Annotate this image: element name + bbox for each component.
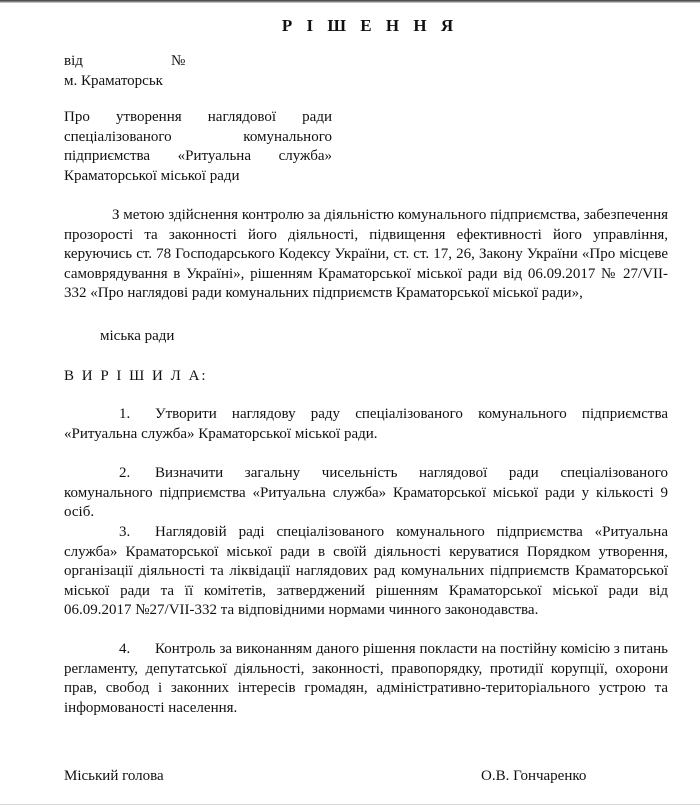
document-title: Р І Ш Е Н Н Я <box>64 16 672 36</box>
item-number: 3. <box>119 523 155 543</box>
resolution-item-3: 3.Наглядовій раді спеціалізованого комун… <box>64 523 668 621</box>
item-number: 4. <box>119 640 155 660</box>
city-line: м. Краматорськ <box>64 72 163 92</box>
item-number: 1. <box>119 405 155 425</box>
subject-line: Про утворення наглядової ради <box>64 109 332 125</box>
council-label: міська ради <box>100 327 174 347</box>
date-label: від <box>64 53 83 69</box>
resolution-item-2: 2.Визначити загальну чисельність наглядо… <box>64 464 668 523</box>
subject-line: підприємства «Ритуальна служба» <box>64 148 332 164</box>
resolution-item-4: 4.Контроль за виконанням даного рішення … <box>64 640 668 718</box>
date-number-line: від № <box>64 52 83 72</box>
item-text: Наглядовій раді спеціалізованого комунал… <box>64 524 668 618</box>
resolved-heading: В И Р І Ш И Л А: <box>64 367 208 387</box>
number-label: № <box>171 52 185 72</box>
signature-position: Міський голова <box>64 767 164 787</box>
resolution-item-1: 1.Утворити наглядову раду спеціалізовано… <box>64 405 668 444</box>
item-text: Контроль за виконанням даного рішення по… <box>64 641 668 716</box>
item-text: Визначити загальну чисельність наглядово… <box>64 465 668 520</box>
decision-subject: Про утворення наглядової ради спеціалізо… <box>64 108 332 186</box>
window-bottom-border <box>0 804 700 805</box>
window-top-border <box>0 0 700 3</box>
subject-line: спеціалізованого комунального <box>64 129 332 145</box>
preamble-paragraph: З метою здійснення контролю за діяльніст… <box>64 206 668 304</box>
subject-line: Краматорської міської ради <box>64 167 332 187</box>
item-number: 2. <box>119 464 155 484</box>
signature-name: О.В. Гончаренко <box>481 767 586 787</box>
